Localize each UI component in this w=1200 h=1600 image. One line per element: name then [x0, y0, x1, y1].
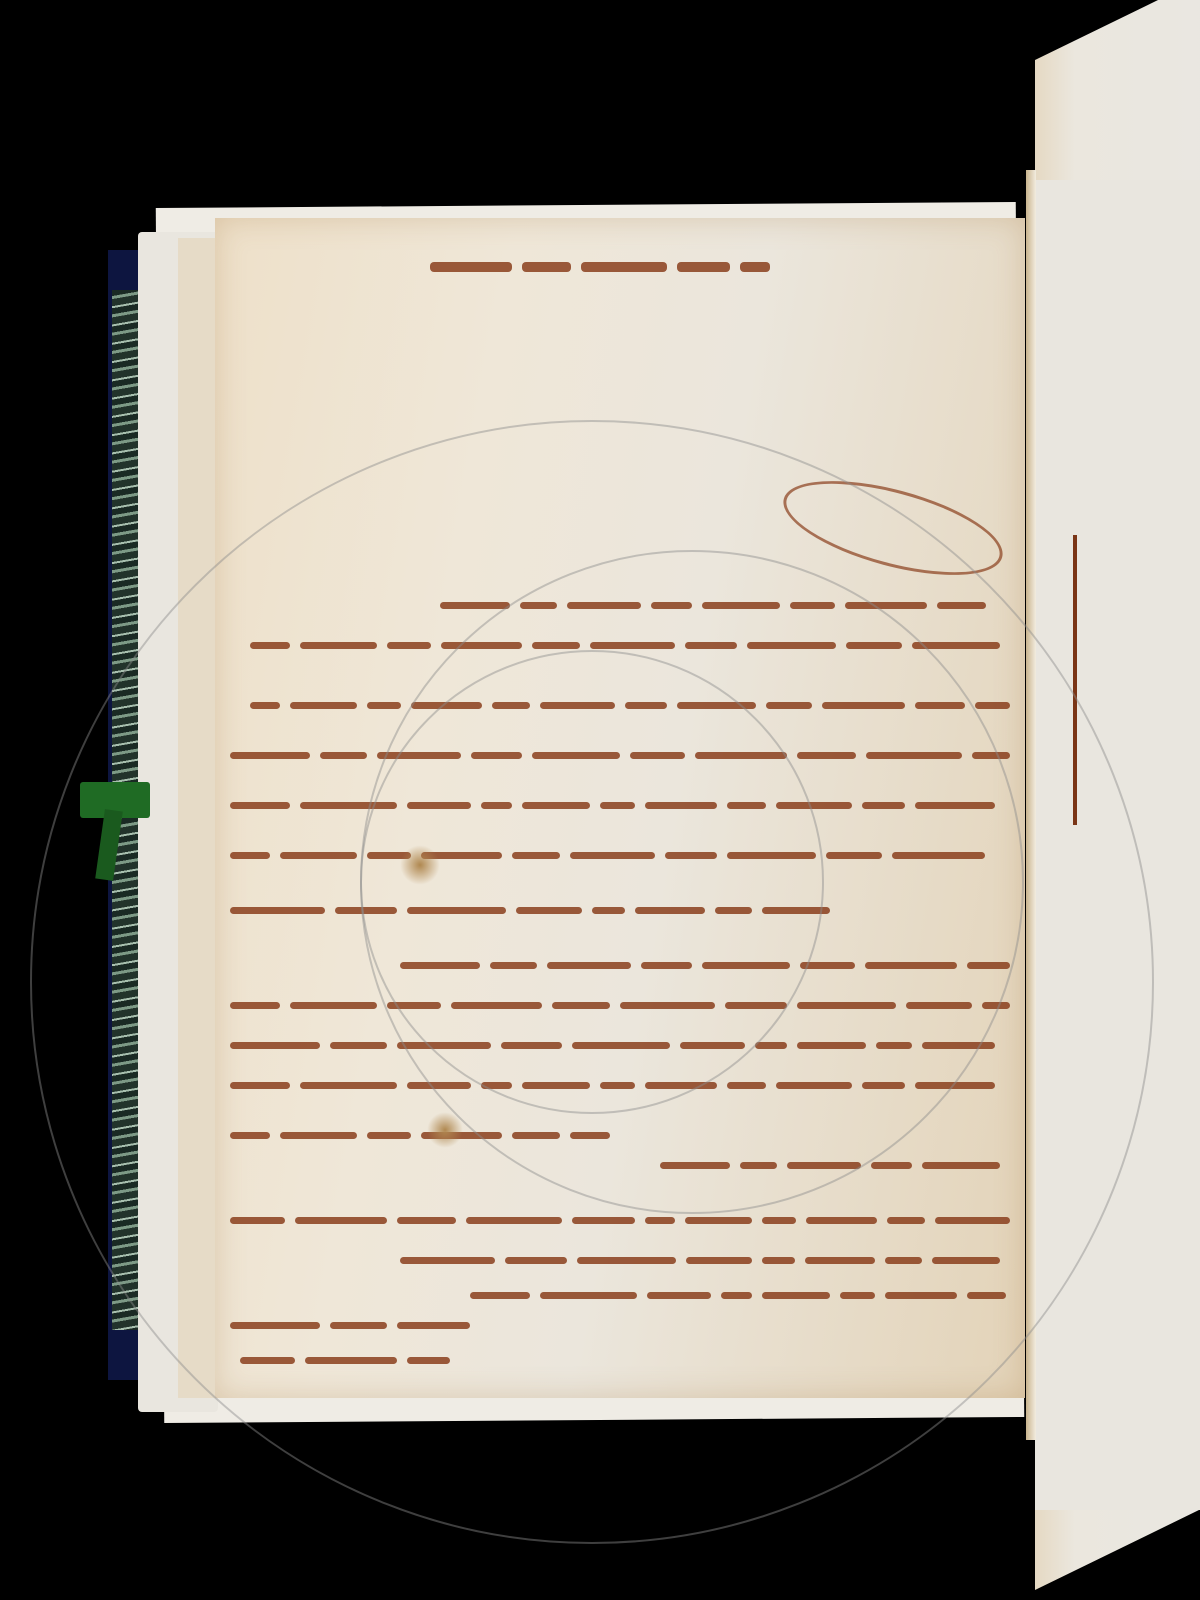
- ink-word: [581, 262, 667, 272]
- letter-header: [430, 262, 770, 272]
- ink-word: [430, 262, 512, 272]
- ink-word: [740, 262, 770, 272]
- ink-word: [522, 262, 571, 272]
- ink-word: [677, 262, 730, 272]
- stamp-circle: [360, 650, 824, 1114]
- manuscript-photo: Open bound volume with handwritten lette…: [0, 0, 1200, 1600]
